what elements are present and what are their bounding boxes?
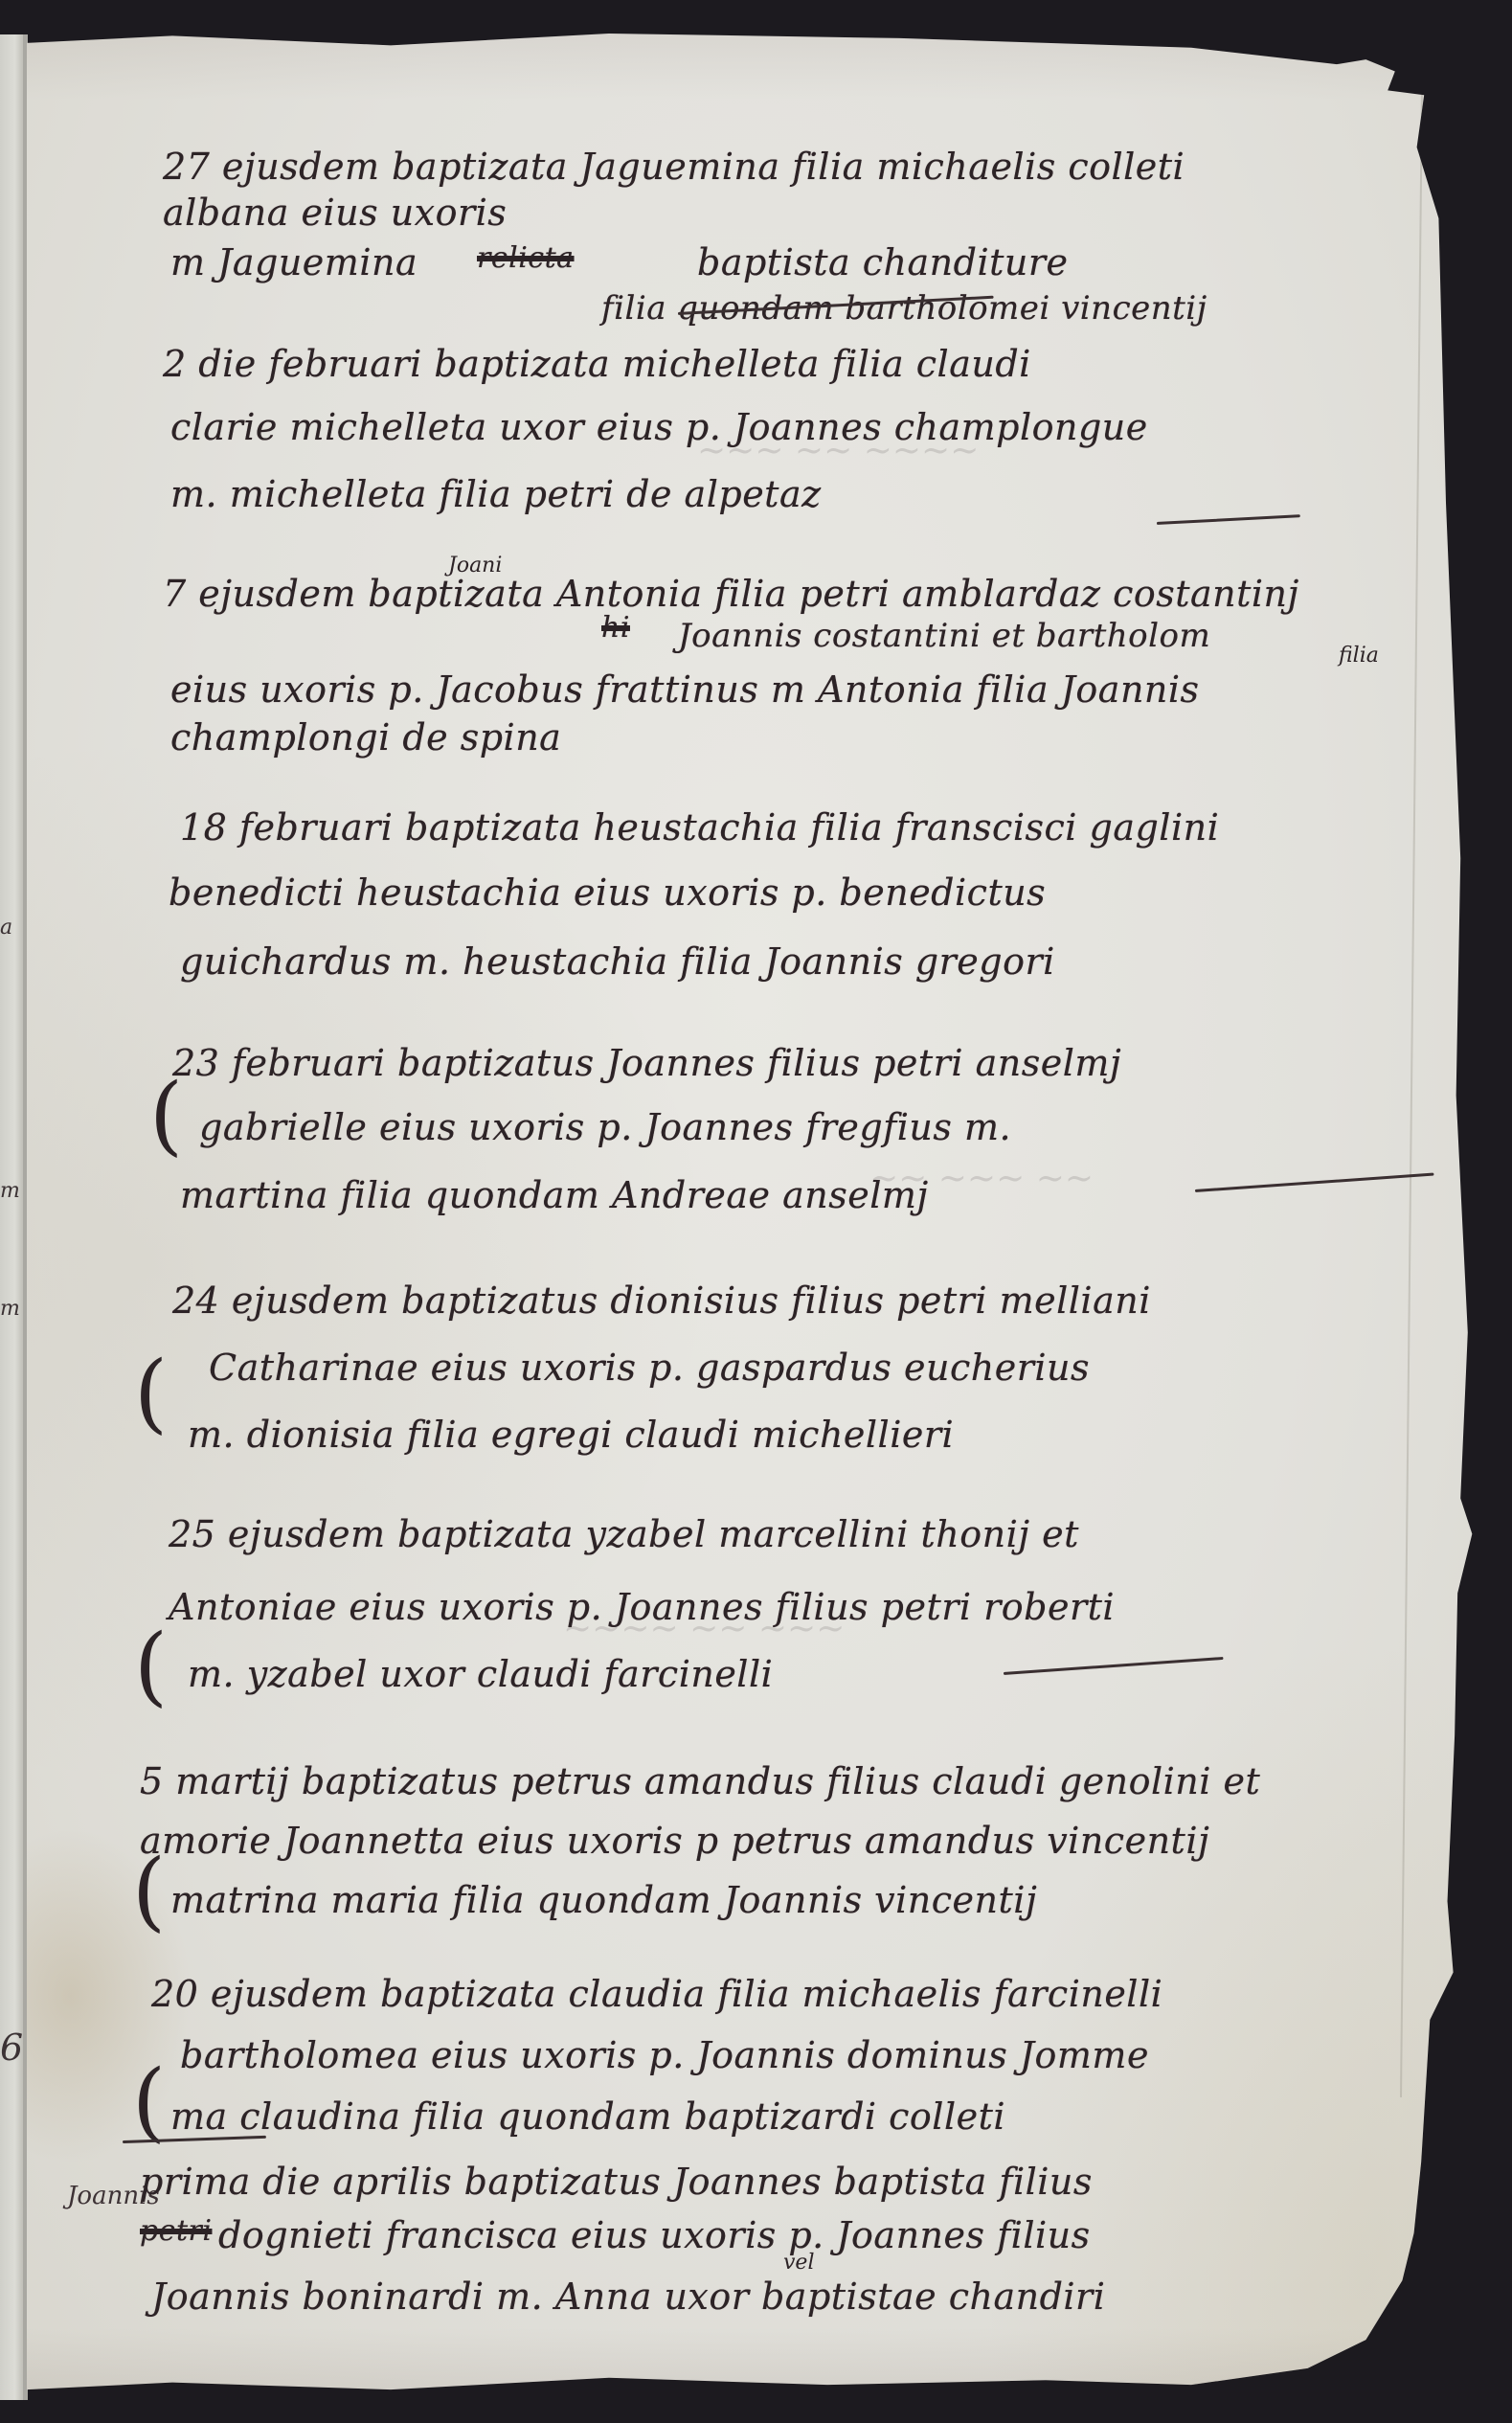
inserted-text: baptista chanditure <box>697 241 1069 283</box>
entry-line: gabrielle eius uxoris p. Joannes fregfiu… <box>199 1106 1011 1148</box>
entry-line: 20 ejusdem baptizata claudia filia micha… <box>151 1973 1162 2015</box>
inserted-text: Joannis costantini et bartholom <box>678 617 1210 655</box>
entry-line: amorie Joannetta eius uxoris p petrus am… <box>140 1820 1209 1862</box>
scanned-manuscript: a m m 6 ~~~ ~~ ~~~~ ~~ ~~~ ~~ ~~~~ ~~ ~~… <box>0 0 1512 2423</box>
entry-line: Antoniae eius uxoris p. Joannes filius p… <box>169 1586 1115 1628</box>
superscript-insertion: vel <box>783 2251 814 2275</box>
struck-word: hi <box>601 611 630 645</box>
entry-line: bartholomea eius uxoris p. Joannis domin… <box>180 2034 1149 2076</box>
entry-line: ma claudina filia quondam baptizardi col… <box>170 2095 1005 2138</box>
flourish <box>1195 1173 1434 1192</box>
facing-page-fragment: a <box>0 916 12 940</box>
baptism-entries: 27 ejusdem baptizata Jaguemina filia mic… <box>27 29 1482 2399</box>
facing-page-fragment: m <box>0 1297 20 1321</box>
bracket-flourish: ( <box>134 1623 168 1710</box>
entry-line: 7 ejusdem baptizata Antonia filia petri … <box>163 573 1299 615</box>
entry-line: eius uxoris p. Jacobus frattinus m Anton… <box>170 668 1200 711</box>
entry-line: 27 ejusdem baptizata Jaguemina filia mic… <box>163 146 1185 188</box>
entry-line: guichardus m. heustachia filia Joannis g… <box>180 940 1055 983</box>
flourish <box>1004 1657 1224 1675</box>
entry-line: albana eius uxoris <box>163 192 507 234</box>
entry-line: Joannis boninardi m. Anna uxor baptistae… <box>151 2276 1105 2318</box>
entry-line: dognieti francisca eius uxoris p. Joanne… <box>218 2214 1091 2256</box>
entry-line: m. michelleta filia petri de alpetaz <box>170 473 822 515</box>
facing-page-fragment: 6 <box>0 2027 23 2069</box>
entry-line: 18 februari baptizata heustachia filia f… <box>180 806 1219 849</box>
entry-line: 25 ejusdem baptizata yzabel marcellini t… <box>169 1513 1079 1555</box>
entry-line: prima die aprilis baptizatus Joannes bap… <box>140 2161 1093 2203</box>
entry-line: martina filia quondam Andreae anselmj <box>180 1174 929 1216</box>
entry-line: benedicti heustachia eius uxoris p. bene… <box>169 872 1046 914</box>
struck-word: relicta <box>477 241 575 275</box>
facing-page-edge: a m m 6 <box>0 34 25 2400</box>
entry-line: 5 martij baptizatus petrus amandus filiu… <box>140 1760 1260 1802</box>
facing-page-fragment: m <box>0 1179 20 1203</box>
entry-line: m Jaguemina <box>170 241 417 283</box>
entry-line: Catharinae eius uxoris p. gaspardus euch… <box>209 1347 1090 1389</box>
bracket-flourish: ( <box>149 1073 183 1159</box>
entry-line: matrina maria filia quondam Joannis vinc… <box>170 1879 1037 1921</box>
entry-line: champlongi de spina <box>170 716 561 759</box>
entry-line: 2 die februari baptizata michelleta fili… <box>163 343 1031 385</box>
bracket-flourish: ( <box>134 1350 168 1437</box>
entry-line: 23 februari baptizatus Joannes filius pe… <box>172 1042 1121 1084</box>
bracket-flourish: ( <box>132 2059 166 2145</box>
superscript-insertion: filia <box>1339 644 1379 668</box>
entry-line: m. yzabel uxor claudi farcinelli <box>188 1653 773 1695</box>
entry-line: 24 ejusdem baptizatus dionisius filius p… <box>172 1279 1151 1322</box>
entry-line: m. dionisia filia egregi claudi michelli… <box>188 1414 954 1456</box>
flourish <box>1157 514 1300 525</box>
manuscript-leaf: ~~~ ~~ ~~~~ ~~ ~~~ ~~ ~~~~ ~~ ~~~ 27 eju… <box>27 29 1482 2399</box>
entry-line: filia quondam bartholomei vincentij <box>601 289 1207 328</box>
struck-word: petri <box>140 2214 212 2248</box>
entry-line: clarie michelleta uxor eius p. Joannes c… <box>170 406 1148 448</box>
